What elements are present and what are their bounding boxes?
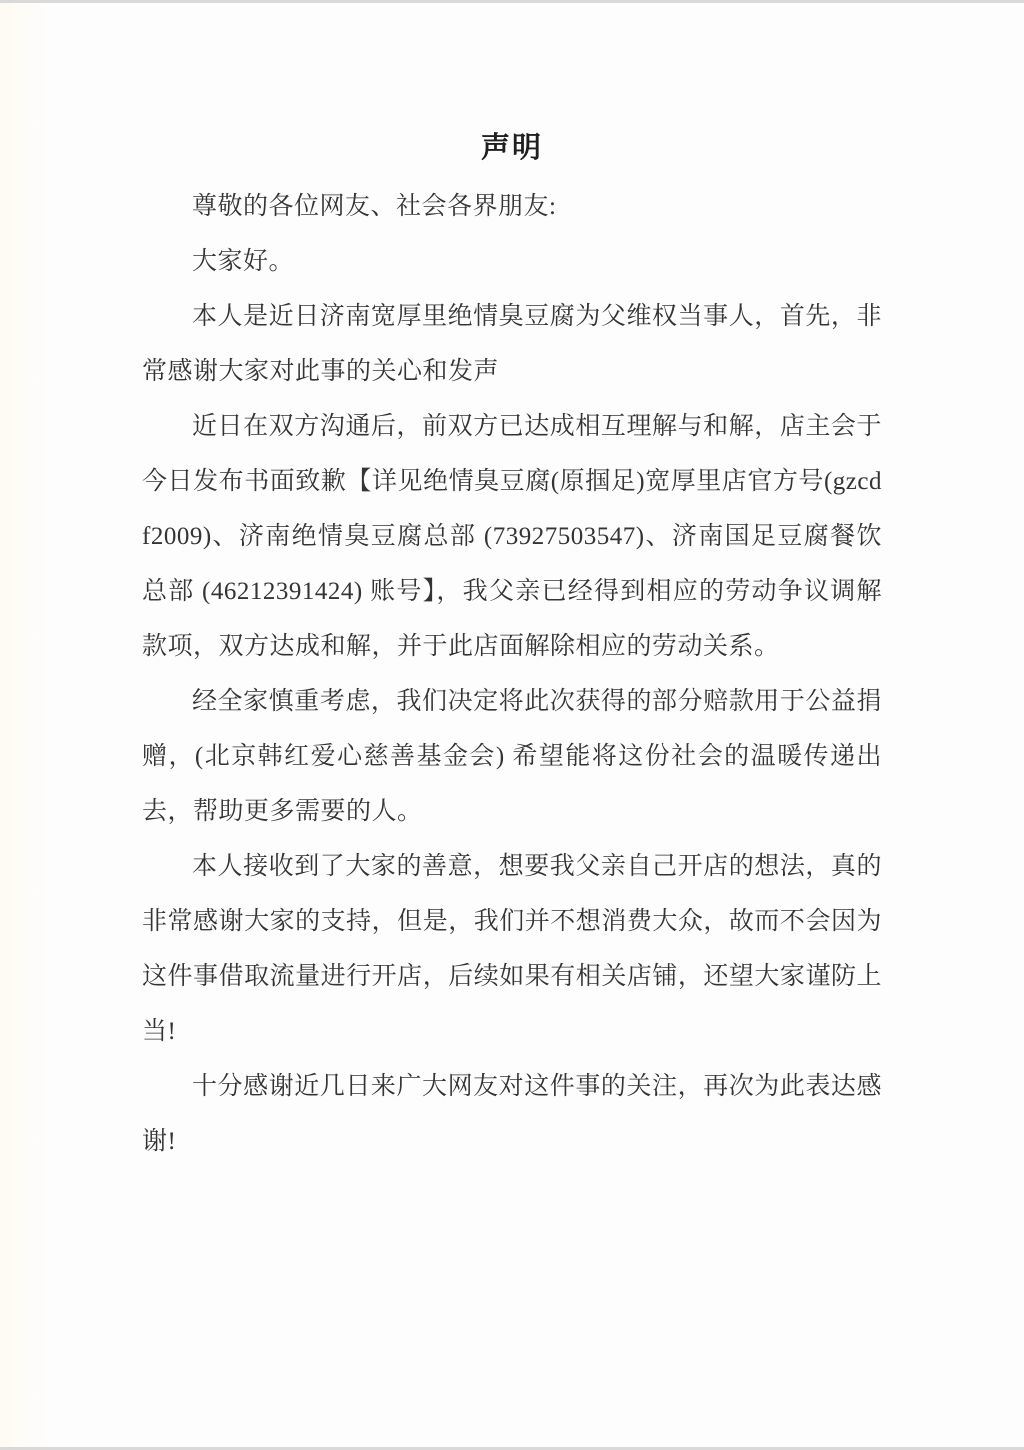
paragraph-settlement-details: 近日在双方沟通后，前双方已达成相互理解与和解，店主会于今日发布书面致歉【详见绝情… xyxy=(142,399,882,674)
paragraph-charity-donation: 经全家慎重考虑，我们决定将此次获得的部分赔款用于公益捐赠，(北京韩红爱心慈善基金… xyxy=(142,674,882,839)
document-title: 声明 xyxy=(142,129,882,167)
paragraph-no-store-warning: 本人接收到了大家的善意，想要我父亲自己开店的想法，真的非常感谢大家的支持，但是，… xyxy=(142,839,882,1059)
statement-document: 声明 尊敬的各位网友、社会各界朋友: 大家好。 本人是近日济南宽厚里绝情臭豆腐为… xyxy=(0,3,1024,1169)
paragraph-final-thanks: 十分感谢近几日来广大网友对这件事的关注，再次为此表达感谢! xyxy=(142,1059,882,1169)
paragraph-introduction: 本人是近日济南宽厚里绝情臭豆腐为父维权当事人，首先，非常感谢大家对此事的关心和发… xyxy=(142,289,882,399)
greeting-line: 大家好。 xyxy=(142,234,882,289)
document-body: 尊敬的各位网友、社会各界朋友: 大家好。 本人是近日济南宽厚里绝情臭豆腐为父维权… xyxy=(142,179,882,1169)
document-page: 声明 尊敬的各位网友、社会各界朋友: 大家好。 本人是近日济南宽厚里绝情臭豆腐为… xyxy=(0,0,1024,1450)
salutation-line: 尊敬的各位网友、社会各界朋友: xyxy=(142,179,882,234)
